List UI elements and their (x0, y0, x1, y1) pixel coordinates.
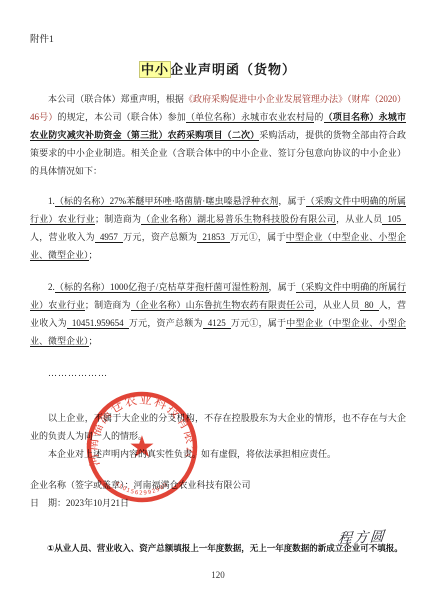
para1-text: 本公司（联合体）郑重声明，根据 (48, 94, 184, 104)
item1-text: 人，营业收入为 (30, 232, 95, 242)
item1-text: 万元①，属于 (230, 232, 286, 242)
item1-manufacturer: （企业名称）湖北易普乐生物科技股份有限公司 (141, 214, 336, 225)
item-number: 2. (48, 282, 55, 292)
item1-employees: 105 (382, 214, 406, 225)
item2-manufacturer: （企业名称）山东鲁抗生物农药有限责任公司 (131, 300, 314, 311)
date-line: 日 期：2023年10月21日 (30, 494, 406, 512)
para1-text: 的规定，本公司（联合体）参加 (58, 112, 186, 122)
item1-text: ，从业人员 (336, 214, 382, 224)
date-value: 2023年10月21日 (66, 498, 129, 508)
no-large-enterprise-paragraph: 以上企业，不属于大企业的分支机构，不存在控股股东为大企业的情形，也不存在与大企业… (30, 409, 406, 445)
item1-subject: （标的名称）27%苯醚甲环唑·咯菌腈·噻虫嗪悬浮种衣剂 (55, 196, 279, 207)
page-number: 120 (0, 570, 436, 580)
purchaser-name: （单位名称）永城市农业农村局 (186, 112, 314, 123)
item2-text: 万元①，属于 (231, 318, 287, 328)
item1-text: ； (89, 250, 98, 260)
item1-text: ；制造商为 (95, 214, 141, 224)
company-name-value: 河南福满仓农业科技有限公司 (134, 480, 251, 490)
date-label: 日 期： (30, 498, 66, 508)
declaration-document-page: 附件1 中小企业声明函（货物） 本公司（联合体）郑重声明，根据《政府采购促进中小… (0, 0, 436, 616)
item2-text: ； (89, 336, 98, 346)
item2-text: ；制造商为 (85, 300, 131, 310)
handwritten-signature: 程方圆 (337, 526, 387, 549)
company-name-line: 企业名称（签字或盖章）：河南福满仓农业科技有限公司 (30, 476, 406, 494)
company-name-label: 企业名称（签字或盖章）： (30, 480, 134, 490)
para1-text: 的 (314, 112, 323, 122)
item-2-paragraph: 2.（标的名称）1000亿孢子/克枯草芽孢杆菌可湿性粉剂，属于（采购文件中明确的… (30, 278, 406, 350)
item1-revenue: 4957 (95, 232, 123, 243)
item-number: 1. (48, 196, 55, 206)
item2-revenue: 10451.959654 (67, 318, 129, 329)
ellipsis-line: ……………… (30, 364, 406, 382)
item2-text: ，属于 (269, 282, 297, 292)
page-title: 中小企业声明函（货物） (30, 59, 406, 78)
item2-subject: （标的名称）1000亿孢子/克枯草芽孢杆菌可湿性粉剂 (55, 282, 269, 293)
item2-text: ，从业人员 (314, 300, 360, 310)
title-rest: 企业声明函（货物） (170, 62, 296, 77)
truthfulness-paragraph: 本企业对上述声明内容的真实性负责。如有虚假，将依法承担相应责任。 (30, 445, 406, 463)
title-highlight: 中小 (140, 62, 170, 77)
attachment-label: 附件1 (30, 33, 406, 47)
item1-assets: 21853 (197, 232, 230, 243)
item2-assets: 4125 (203, 318, 231, 329)
item1-text: ，属于 (278, 196, 305, 206)
item2-employees: 80 (360, 300, 379, 311)
declaration-paragraph: 本公司（联合体）郑重声明，根据《政府采购促进中小企业发展管理办法》（财库（202… (30, 90, 406, 180)
item-1-paragraph: 1.（标的名称）27%苯醚甲环唑·咯菌腈·噻虫嗪悬浮种衣剂，属于（采购文件中明确… (30, 192, 406, 264)
item1-text: 万元，资产总额为 (123, 232, 197, 242)
item2-text: 万元，资产总额为 (129, 318, 203, 328)
